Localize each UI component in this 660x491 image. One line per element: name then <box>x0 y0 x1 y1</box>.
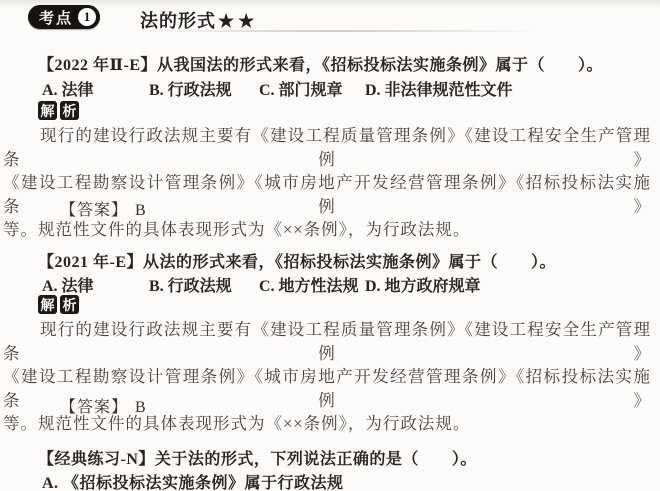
option-c: C. 地方性法规 <box>259 273 365 296</box>
question-2-stem: 【2021 年-E】从法的形式来看，《招标投标法实施条例》属于（ ）。 <box>38 249 556 272</box>
option-d: D. 非法律规范性文件 <box>365 77 513 100</box>
page-title-text: 法的形式 <box>140 11 216 31</box>
analysis-badge-char-jie: 解 <box>38 295 57 314</box>
question-2-text: 从法的形式来看，《招标投标法实施条例》属于（ ）。 <box>143 254 556 271</box>
question-1-tag: 【2022 年Ⅱ-E】 <box>38 57 157 74</box>
topic-badge-number: 1 <box>78 8 96 26</box>
analysis-badge-char-jie: 解 <box>38 101 57 120</box>
analysis-1-paragraph: 现行的建设行政法规主要有《建设工程质量管理条例》《建设工程安全生产管理条例》 《… <box>3 124 651 242</box>
option-d: D. 地方政府规章 <box>365 273 481 296</box>
question-1-text: 从我国法的形式来看，《招标投标法实施条例》属于（ ）。 <box>157 57 603 74</box>
page-title: 法的形式★★ <box>140 7 258 33</box>
analysis-line: 等。规范性文件的具体表现形式为《××条例》，为行政法规。 <box>3 218 651 242</box>
option-b: B. 行政法规 <box>149 77 259 100</box>
question-1-stem: 【2022 年Ⅱ-E】从我国法的形式来看，《招标投标法实施条例》属于（ ）。 <box>38 52 603 75</box>
question-2-tag: 【2021 年-E】 <box>38 254 143 271</box>
title-star-rating: ★★ <box>218 11 258 31</box>
analysis-line: 现行的建设行政法规主要有《建设工程质量管理条例》《建设工程安全生产管理条例》 <box>3 124 651 171</box>
topic-badge-label: 考点 <box>39 7 73 28</box>
question-3-stem: 【经典练习-N】关于法的形式，下列说法正确的是（ ）。 <box>38 446 477 469</box>
option-a: A. 法律 <box>42 273 149 296</box>
answer-1: 【答案】B <box>60 197 147 220</box>
option-b: B. 行政法规 <box>149 273 259 296</box>
topic-badge: 考点 1 <box>28 5 100 29</box>
answer-label: 【答案】 <box>60 202 128 219</box>
analysis-badge-char-xi: 析 <box>60 295 79 314</box>
answer-label: 【答案】 <box>60 399 128 416</box>
analysis-2-paragraph: 现行的建设行政法规主要有《建设工程质量管理条例》《建设工程安全生产管理条例》 《… <box>3 318 651 436</box>
analysis-line: 现行的建设行政法规主要有《建设工程质量管理条例》《建设工程安全生产管理条例》 <box>3 318 651 365</box>
analysis-1-badge: 解 析 <box>38 101 79 120</box>
question-3-option-a: A. 《招标投标法实施条例》属于行政法规 <box>42 470 344 491</box>
question-3-text: 关于法的形式，下列说法正确的是（ ）。 <box>155 451 477 468</box>
analysis-2-badge: 解 析 <box>38 295 79 314</box>
answer-value: B <box>135 399 147 416</box>
option-c: C. 部门规章 <box>259 77 365 100</box>
option-a: A. 法律 <box>42 77 149 100</box>
analysis-badge-char-xi: 析 <box>60 101 79 120</box>
question-1-options: A. 法律 B. 行政法规 C. 部门规章 D. 非法律规范性文件 <box>42 77 513 100</box>
answer-2: 【答案】B <box>60 394 147 417</box>
question-3-tag: 【经典练习-N】 <box>38 451 155 468</box>
scan-artifact-top-band <box>0 0 660 8</box>
answer-value: B <box>135 202 147 219</box>
question-2-options: A. 法律 B. 行政法规 C. 地方性法规 D. 地方政府规章 <box>42 273 481 296</box>
